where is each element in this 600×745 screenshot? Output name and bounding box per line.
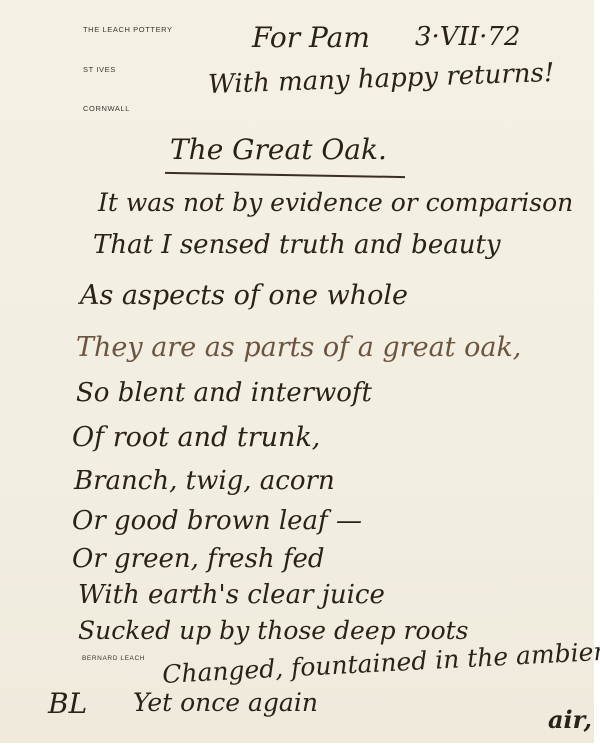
letterhead-town: ST IVES (83, 65, 116, 74)
scan-edge (594, 0, 600, 745)
letterhead-pottery: THE LEACH POTTERY (83, 25, 173, 34)
letterhead-county: CORNWALL (83, 104, 130, 113)
poem-line-2: That I sensed truth and beauty (93, 232, 501, 258)
poem-title: The Great Oak. (170, 136, 387, 164)
poem-line-4: They are as parts of a great oak, (76, 334, 521, 361)
poem-line-1: It was not by evidence or comparison (98, 190, 573, 215)
letterhead-name: BERNARD LEACH (82, 655, 145, 662)
poem-line-11: Sucked up by those deep roots (78, 618, 469, 643)
poem-line-10: With earth's clear juice (78, 582, 385, 608)
poem-line-9: Or green, fresh fed (72, 546, 325, 572)
poem-line-14: air, (548, 708, 592, 732)
dedication: For Pam (252, 24, 370, 52)
poem-line-3: As aspects of one whole (80, 282, 408, 309)
poem-line-6: Of root and trunk, (72, 424, 320, 451)
poem-line-13: Yet once again (133, 690, 318, 715)
poem-line-5: So blent and interwoft (76, 380, 372, 406)
poem-line-7: Branch, twig, acorn (74, 468, 335, 494)
signature: BL (48, 690, 87, 718)
poem-line-8: Or good brown leaf — (72, 508, 362, 534)
date: 3·VII·72 (415, 24, 520, 50)
